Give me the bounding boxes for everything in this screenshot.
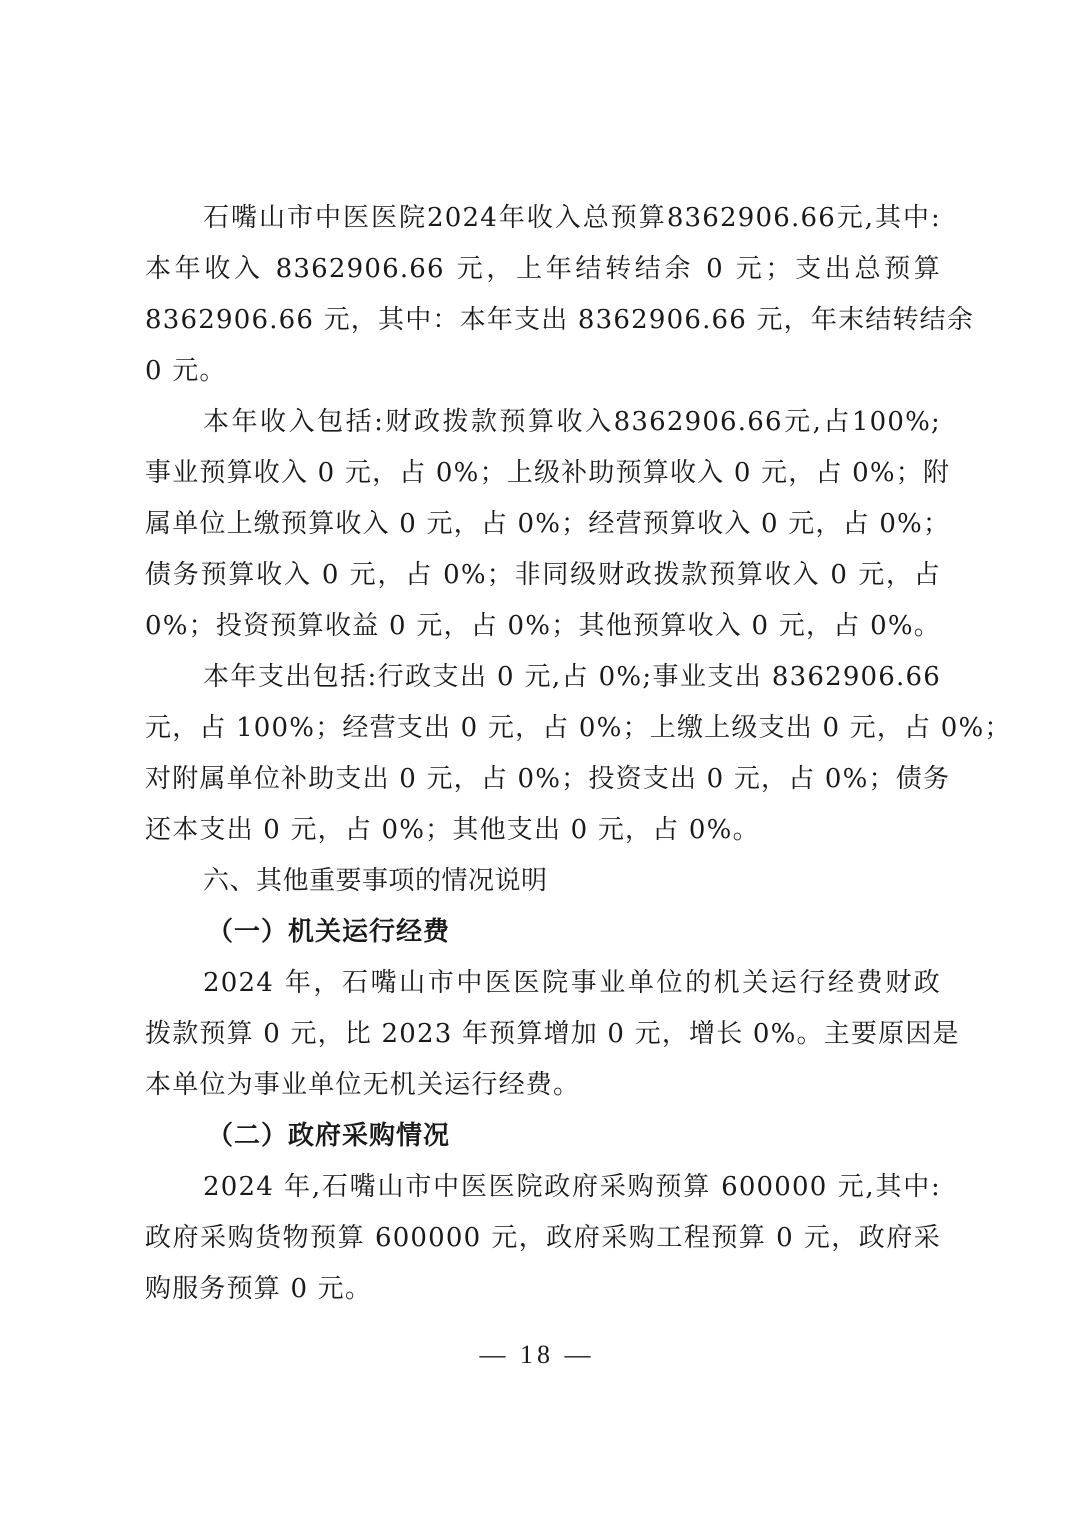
section-heading: 六、其他重要事项的情况说明: [145, 856, 941, 907]
text-line: 拨款预算 0 元，比 2023 年预算增加 0 元，增长 0%。主要原因是: [145, 1009, 941, 1060]
text-line: 购服务预算 0 元。: [145, 1264, 941, 1315]
paragraph-budget-summary: 石嘴山市中医医院2024年收入总预算8362906.66元,其中: 本年收入 8…: [145, 193, 941, 397]
text-line: 本年收入包括:财政拨款预算收入8362906.66元,占100%;: [145, 397, 941, 448]
text-line: 属单位上缴预算收入 0 元，占 0%；经营预算收入 0 元，占 0%；: [145, 499, 941, 550]
text-line: 8362906.66 元，其中：本年支出 8362906.66 元，年末结转结余: [145, 295, 941, 346]
subsection-government-procurement: （二）政府采购情况 2024 年,石嘴山市中医医院政府采购预算 600000 元…: [145, 1111, 941, 1315]
document-page: 石嘴山市中医医院2024年收入总预算8362906.66元,其中: 本年收入 8…: [145, 193, 941, 1315]
subsection-title: （一）机关运行经费: [145, 907, 941, 958]
text-line: 债务预算收入 0 元，占 0%；非同级财政拨款预算收入 0 元，占: [145, 550, 941, 601]
text-line: 0 元。: [145, 346, 941, 397]
text-line: 石嘴山市中医医院2024年收入总预算8362906.66元,其中:: [145, 193, 941, 244]
text-line: 2024 年,石嘴山市中医医院政府采购预算 600000 元,其中:: [145, 1162, 941, 1213]
text-line: 对附属单位补助支出 0 元，占 0%；投资支出 0 元，占 0%；债务: [145, 754, 941, 805]
subsection-operating-expenses: （一）机关运行经费 2024 年，石嘴山市中医医院事业单位的机关运行经费财政 拨…: [145, 907, 941, 1111]
text-line: 元，占 100%；经营支出 0 元，占 0%；上缴上级支出 0 元，占 0%；: [145, 703, 941, 754]
text-line: 本单位为事业单位无机关运行经费。: [145, 1060, 941, 1111]
text-line: 本年收入 8362906.66 元，上年结转结余 0 元；支出总预算: [145, 244, 941, 295]
text-line: 本年支出包括:行政支出 0 元,占 0%;事业支出 8362906.66: [145, 652, 941, 703]
paragraph-income-breakdown: 本年收入包括:财政拨款预算收入8362906.66元,占100%; 事业预算收入…: [145, 397, 941, 652]
text-line: 事业预算收入 0 元，占 0%；上级补助预算收入 0 元，占 0%；附: [145, 448, 941, 499]
subsection-title: （二）政府采购情况: [145, 1111, 941, 1162]
paragraph-expense-breakdown: 本年支出包括:行政支出 0 元,占 0%;事业支出 8362906.66 元，占…: [145, 652, 941, 856]
text-line: 0%；投资预算收益 0 元，占 0%；其他预算收入 0 元，占 0%。: [145, 601, 941, 652]
page-number: — 18 —: [0, 1340, 1074, 1370]
text-line: 政府采购货物预算 600000 元，政府采购工程预算 0 元，政府采: [145, 1213, 941, 1264]
text-line: 2024 年，石嘴山市中医医院事业单位的机关运行经费财政: [145, 958, 941, 1009]
text-line: 还本支出 0 元，占 0%；其他支出 0 元，占 0%。: [145, 805, 941, 856]
